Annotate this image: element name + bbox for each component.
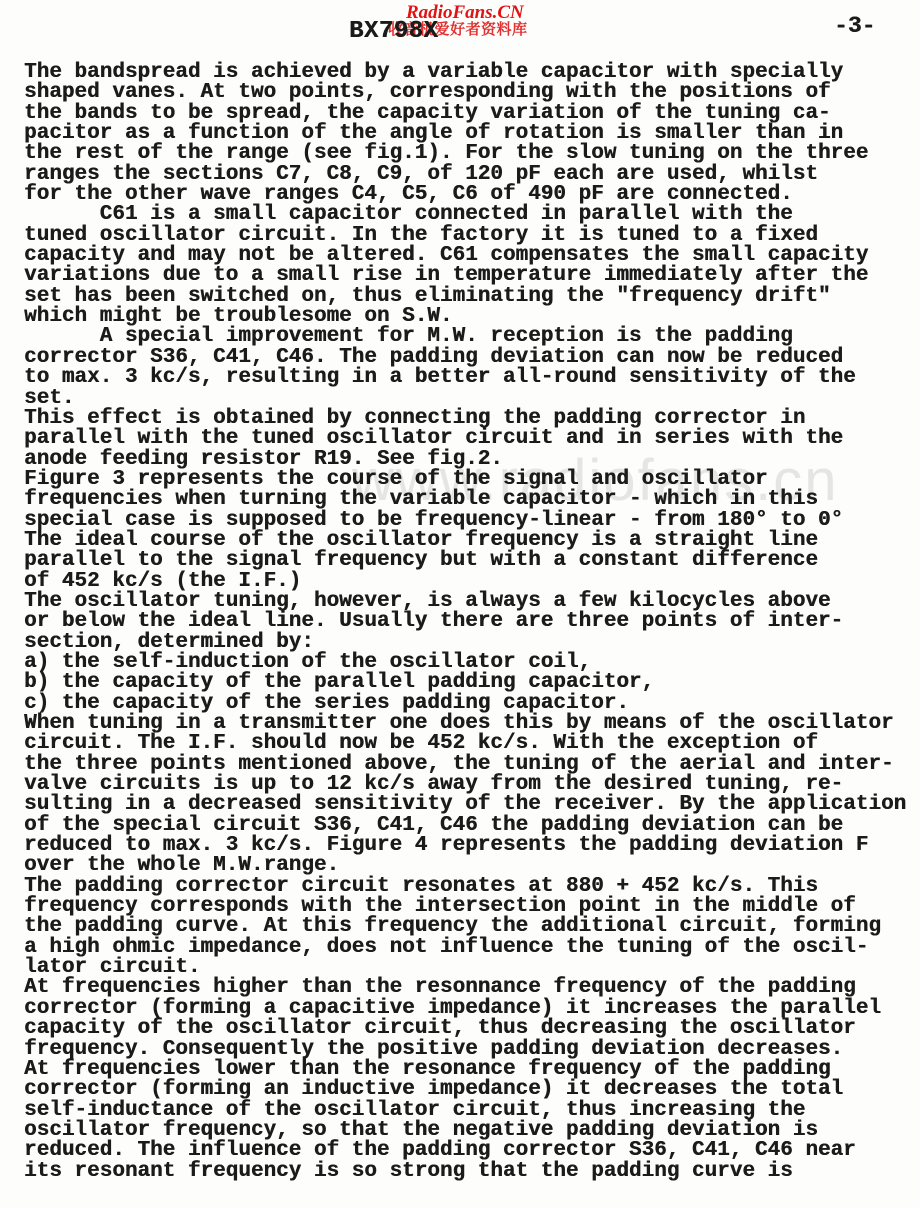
- text-line: oscillator frequency, so that the negati…: [24, 1121, 906, 1141]
- text-line: lator circuit.: [24, 958, 906, 978]
- text-line: a) the self-induction of the oscillator …: [24, 653, 906, 673]
- text-line: C61 is a small capacitor connected in pa…: [24, 205, 906, 225]
- text-line: or below the ideal line. Usually there a…: [24, 612, 906, 632]
- text-line: pacitor as a function of the angle of ro…: [24, 124, 906, 144]
- text-line: for the other wave ranges C4, C5, C6 of …: [24, 185, 906, 205]
- text-line: variations due to a small rise in temper…: [24, 266, 906, 286]
- text-line: frequency corresponds with the intersect…: [24, 897, 906, 917]
- text-line: ranges the sections C7, C8, C9, of 120 p…: [24, 165, 906, 185]
- scanned-page: www.radiofans.cn RadioFans.CN 收音机爱好者资料库 …: [0, 0, 920, 1208]
- text-line: At frequencies higher than the resonnanc…: [24, 978, 906, 998]
- text-line: parallel to the signal frequency but wit…: [24, 551, 906, 571]
- text-line: which might be troublesome on S.W.: [24, 307, 906, 327]
- text-line: special case is supposed to be frequency…: [24, 511, 906, 531]
- text-line: of 452 kc/s (the I.F.): [24, 572, 906, 592]
- text-line: set.: [24, 389, 906, 409]
- text-line: corrector S36, C41, C46. The padding dev…: [24, 348, 906, 368]
- text-line: the three points mentioned above, the tu…: [24, 755, 906, 775]
- text-line: reduced. The influence of the padding co…: [24, 1141, 906, 1161]
- document-code: BX798X: [349, 20, 438, 44]
- text-line: c) the capacity of the series padding ca…: [24, 694, 906, 714]
- text-line: of the special circuit S36, C41, C46 the…: [24, 816, 906, 836]
- text-line: over the whole M.W.range.: [24, 856, 906, 876]
- text-line: circuit. The I.F. should now be 452 kc/s…: [24, 734, 906, 754]
- text-line: to max. 3 kc/s, resulting in a better al…: [24, 368, 906, 388]
- text-line: frequencies when turning the variable ca…: [24, 490, 906, 510]
- text-line: The padding corrector circuit resonates …: [24, 877, 906, 897]
- text-line: This effect is obtained by connecting th…: [24, 409, 906, 429]
- text-line: its resonant frequency is so strong that…: [24, 1162, 906, 1182]
- text-line: a high ohmic impedance, does not influen…: [24, 938, 906, 958]
- text-line: reduced to max. 3 kc/s. Figure 4 represe…: [24, 836, 906, 856]
- text-line: tuned oscillator circuit. In the factory…: [24, 226, 906, 246]
- text-line: b) the capacity of the parallel padding …: [24, 673, 906, 693]
- text-line: corrector (forming a capacitive impedanc…: [24, 999, 906, 1019]
- text-line: the padding curve. At this frequency the…: [24, 917, 906, 937]
- text-line: sulting in a decreased sensitivity of th…: [24, 795, 906, 815]
- text-line: shaped vanes. At two points, correspondi…: [24, 83, 906, 103]
- text-line: section, determined by:: [24, 633, 906, 653]
- text-line: anode feeding resistor R19. See fig.2.: [24, 450, 906, 470]
- text-line: the rest of the range (see fig.1). For t…: [24, 144, 906, 164]
- text-line: valve circuits is up to 12 kc/s away fro…: [24, 775, 906, 795]
- page-number: -3-: [834, 15, 875, 38]
- text-line: A special improvement for M.W. reception…: [24, 327, 906, 347]
- text-line: The bandspread is achieved by a variable…: [24, 63, 906, 83]
- text-line: The ideal course of the oscillator frequ…: [24, 531, 906, 551]
- text-line: the bands to be spread, the capacity var…: [24, 104, 906, 124]
- text-line: corrector (forming an inductive impedanc…: [24, 1080, 906, 1100]
- text-line: self-inductance of the oscillator circui…: [24, 1101, 906, 1121]
- text-line: parallel with the tuned oscillator circu…: [24, 429, 906, 449]
- text-line: capacity and may not be altered. C61 com…: [24, 246, 906, 266]
- text-line: capacity of the oscillator circuit, thus…: [24, 1019, 906, 1039]
- text-line: When tuning in a transmitter one does th…: [24, 714, 906, 734]
- document-lines: The bandspread is achieved by a variable…: [24, 63, 906, 1182]
- text-line: At frequencies lower than the resonance …: [24, 1060, 906, 1080]
- text-line: frequency. Consequently the positive pad…: [24, 1040, 906, 1060]
- text-line: Figure 3 represents the course of the si…: [24, 470, 906, 490]
- text-line: set has been switched on, thus eliminati…: [24, 287, 906, 307]
- text-line: The oscillator tuning, however, is alway…: [24, 592, 906, 612]
